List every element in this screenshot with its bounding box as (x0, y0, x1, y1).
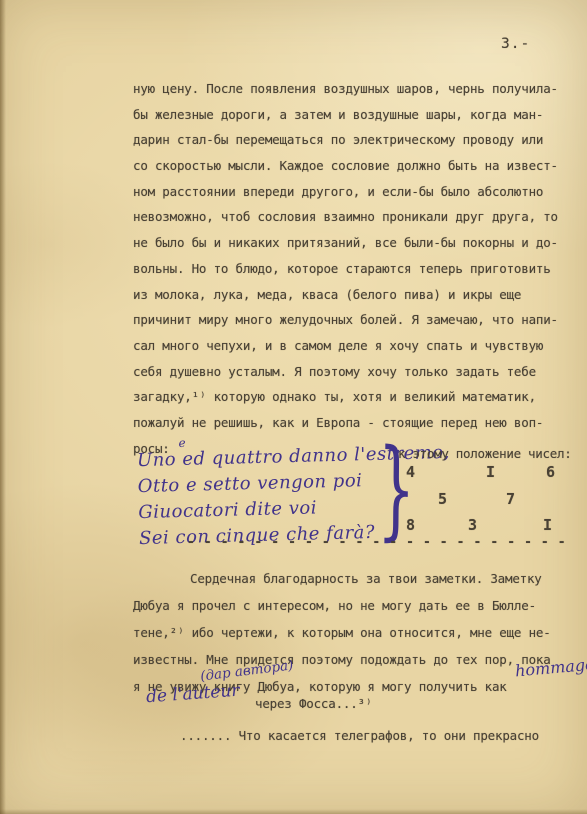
typed-line: из молока, лука, меда, кваса (белого пив… (133, 282, 577, 308)
typed-paragraph-1: ную цену. После появления воздушных шаро… (133, 76, 577, 461)
typed-line: пожалуй не решишь, как и Европа - стоящи… (133, 410, 577, 436)
puzzle-number: 8 (406, 516, 415, 534)
typed-line: тене,²⁾ ибо чертежи, к которым она относ… (133, 619, 577, 646)
typed-line: себя душевно усталым. Я поэтому хочу тол… (133, 359, 577, 385)
typed-line: невозможно, чтоб сословия взаимно проник… (133, 204, 577, 230)
puzzle-number: 3 (468, 516, 477, 534)
typed-line: ную цену. После появления воздушных шаро… (133, 76, 577, 102)
typed-line: вольны. Но то блюдо, которое стараются т… (133, 256, 577, 282)
typed-line: загадку,¹⁾ которую однако ты, хотя и вел… (133, 384, 577, 410)
puzzle-number: 7 (506, 490, 515, 508)
typed-line: Дюбуа я прочел с интересом, но не могу д… (133, 592, 577, 619)
handwritten-correction: e (178, 436, 185, 450)
document-page: 3.- ную цену. После появления воздушных … (0, 0, 587, 814)
puzzle-number: 6 (546, 463, 555, 481)
page-number: 3.- (501, 36, 530, 52)
typed-line: бы железные дороги, а затем и воздушные … (133, 102, 577, 128)
typed-cherez-fossa: через Фосса...³⁾ (255, 696, 372, 711)
typed-line: ном расстоянии впереди другого, и если-б… (133, 179, 577, 205)
typed-line: причинит миру много желудочных болей. Я … (133, 307, 577, 333)
puzzle-number: I (486, 463, 495, 481)
dashed-separator: - - - - - - - - - - - - - - - - - - - - … (187, 535, 566, 550)
puzzle-number: 5 (438, 490, 447, 508)
typed-line: сал много чепухи, и в самом деле я хочу … (133, 333, 577, 359)
typed-line: не было бы и никаких притязаний, все был… (133, 230, 577, 256)
typed-line: дарин стал-бы перемещаться по электричес… (133, 127, 577, 153)
puzzle-number: I (543, 516, 552, 534)
typed-line: Сердечная благодарность за твои заметки.… (133, 565, 577, 592)
closing-typed-line: ....... Что касается телеграфов, то они … (180, 728, 539, 743)
typed-paragraph-2: Сердечная благодарность за твои заметки.… (133, 565, 577, 700)
typed-line: со скоростью мысли. Каждое сословие долж… (133, 153, 577, 179)
puzzle-number: 4 (406, 463, 415, 481)
puzzle-intro: к этому положение чисел: (398, 446, 571, 461)
